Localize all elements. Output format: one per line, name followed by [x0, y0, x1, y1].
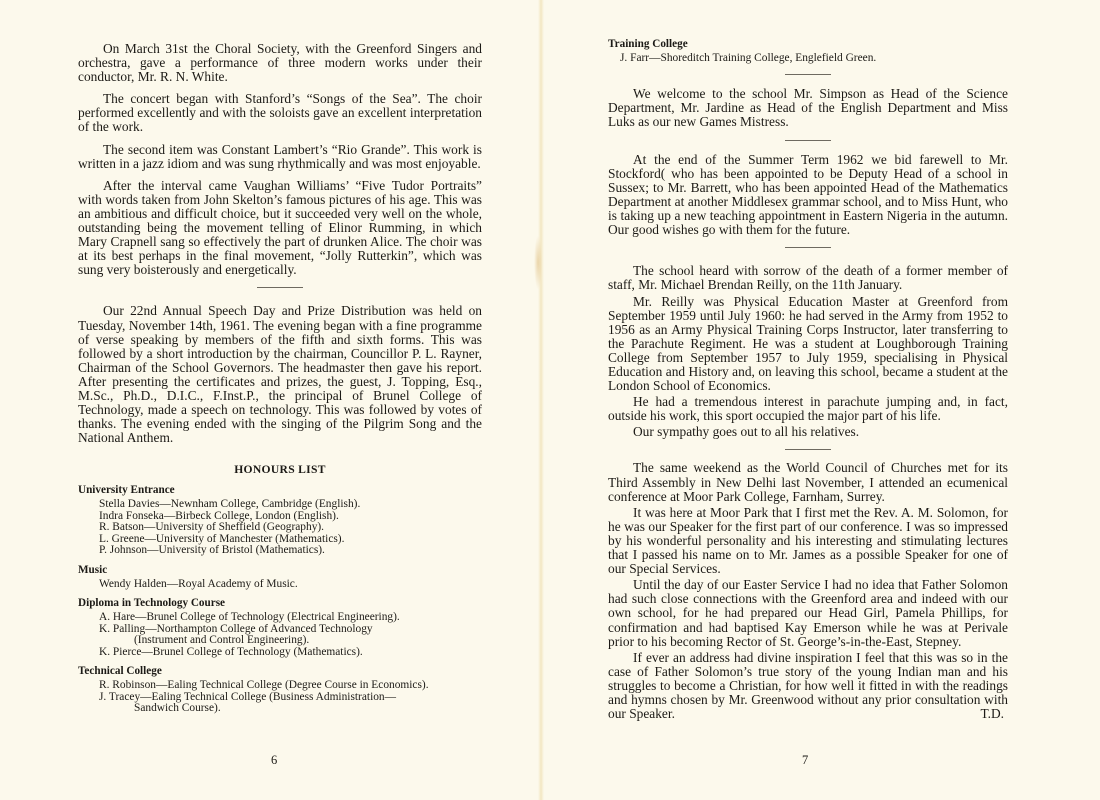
- solomon-paragraph-4-text: If ever an address had divine inspiratio…: [608, 650, 1008, 721]
- honours-entry-text: L. Greene—University of Manchester (Math…: [99, 533, 344, 545]
- author-signature: T.D.: [955, 707, 1004, 721]
- obituary-paragraph-1: The school heard with sorrow of the deat…: [608, 264, 1008, 292]
- honours-section-title: Technical College: [78, 665, 482, 678]
- choral-paragraph-1: On March 31st the Choral Society, with t…: [78, 42, 482, 84]
- honours-entry-text: K. Pierce—Brunel College of Technology (…: [99, 646, 363, 658]
- fold-stain: [534, 235, 542, 290]
- honours-entry: J. Tracey—Ealing Technical College (Busi…: [99, 692, 482, 715]
- honours-list: University EntranceStella Davies—Newnham…: [78, 484, 482, 715]
- section-divider: [785, 247, 831, 248]
- honours-section-title: Diploma in Technology Course: [78, 597, 482, 610]
- honours-entry-text: K. Palling—Northampton College of Advanc…: [99, 623, 373, 635]
- honours-entry-text: R. Robinson—Ealing Technical College (De…: [99, 679, 429, 691]
- honours-entry: P. Johnson—University of Bristol (Mathem…: [99, 545, 482, 557]
- welcome-paragraph: We welcome to the school Mr. Simpson as …: [608, 87, 1008, 129]
- centre-fold: [538, 0, 544, 800]
- honours-section-entries: Wendy Halden—Royal Academy of Music.: [99, 579, 482, 591]
- honours-entry: J. Farr—Shoreditch Training College, Eng…: [620, 53, 1008, 65]
- honours-entry-continuation: Sandwich Course).: [99, 703, 482, 715]
- page-right: Training College J. Farr—Shoreditch Trai…: [608, 0, 1008, 800]
- page-number: 6: [271, 753, 277, 768]
- section-divider: [785, 140, 831, 141]
- honours-section-entries: Stella Davies—Newnham College, Cambridge…: [99, 499, 482, 557]
- solomon-paragraph-3: Until the day of our Easter Service I ha…: [608, 578, 1008, 648]
- section-divider: [785, 449, 831, 450]
- honours-entry-text: J. Tracey—Ealing Technical College (Busi…: [99, 691, 396, 703]
- honours-entry-text: Indra Fonseka—Birbeck College, London (E…: [99, 510, 339, 522]
- choral-paragraph-3: The second item was Constant Lambert’s “…: [78, 143, 482, 171]
- choral-paragraph-2: The concert began with Stanford’s “Songs…: [78, 92, 482, 134]
- honours-entry-text: Stella Davies—Newnham College, Cambridge…: [99, 498, 360, 510]
- honours-entry: K. Palling—Northampton College of Advanc…: [99, 624, 482, 647]
- obituary-paragraph-2: Mr. Reilly was Physical Education Master…: [608, 295, 1008, 394]
- speech-day-paragraph: Our 22nd Annual Speech Day and Prize Dis…: [78, 304, 482, 445]
- solomon-paragraph-2: It was here at Moor Park that I first me…: [608, 506, 1008, 576]
- page-number: 7: [802, 753, 808, 768]
- honours-entry: Wendy Halden—Royal Academy of Music.: [99, 579, 482, 591]
- honours-entry-text: R. Batson—University of Sheffield (Geogr…: [99, 521, 324, 533]
- honours-entry-text: P. Johnson—University of Bristol (Mathem…: [99, 544, 325, 556]
- honours-section-entries: R. Robinson—Ealing Technical College (De…: [99, 680, 482, 715]
- obituary-paragraph-4: Our sympathy goes out to all his relativ…: [608, 425, 1008, 439]
- section-divider: [257, 287, 303, 288]
- honours-section-entries: A. Hare—Brunel College of Technology (El…: [99, 612, 482, 658]
- training-college-title: Training College: [608, 38, 1008, 51]
- choral-paragraph-4: After the interval came Vaughan Williams…: [78, 179, 482, 278]
- obituary-paragraph-3: He had a tremendous interest in parachut…: [608, 395, 1008, 423]
- honours-section-title: Music: [78, 564, 482, 577]
- farewell-paragraph: At the end of the Summer Term 1962 we bi…: [608, 153, 1008, 238]
- page-left: On March 31st the Choral Society, with t…: [78, 0, 482, 800]
- section-divider: [785, 74, 831, 75]
- solomon-paragraph-1: The same weekend as the World Council of…: [608, 461, 1008, 503]
- honours-section-title: University Entrance: [78, 484, 482, 497]
- honours-entry-text: Wendy Halden—Royal Academy of Music.: [99, 578, 298, 590]
- honours-entry-text: A. Hare—Brunel College of Technology (El…: [99, 611, 400, 623]
- honours-entry: K. Pierce—Brunel College of Technology (…: [99, 647, 482, 659]
- honours-list-heading: HONOURS LIST: [78, 463, 482, 476]
- solomon-paragraph-4: If ever an address had divine inspiratio…: [608, 651, 1008, 721]
- training-college-entries: J. Farr—Shoreditch Training College, Eng…: [620, 53, 1008, 65]
